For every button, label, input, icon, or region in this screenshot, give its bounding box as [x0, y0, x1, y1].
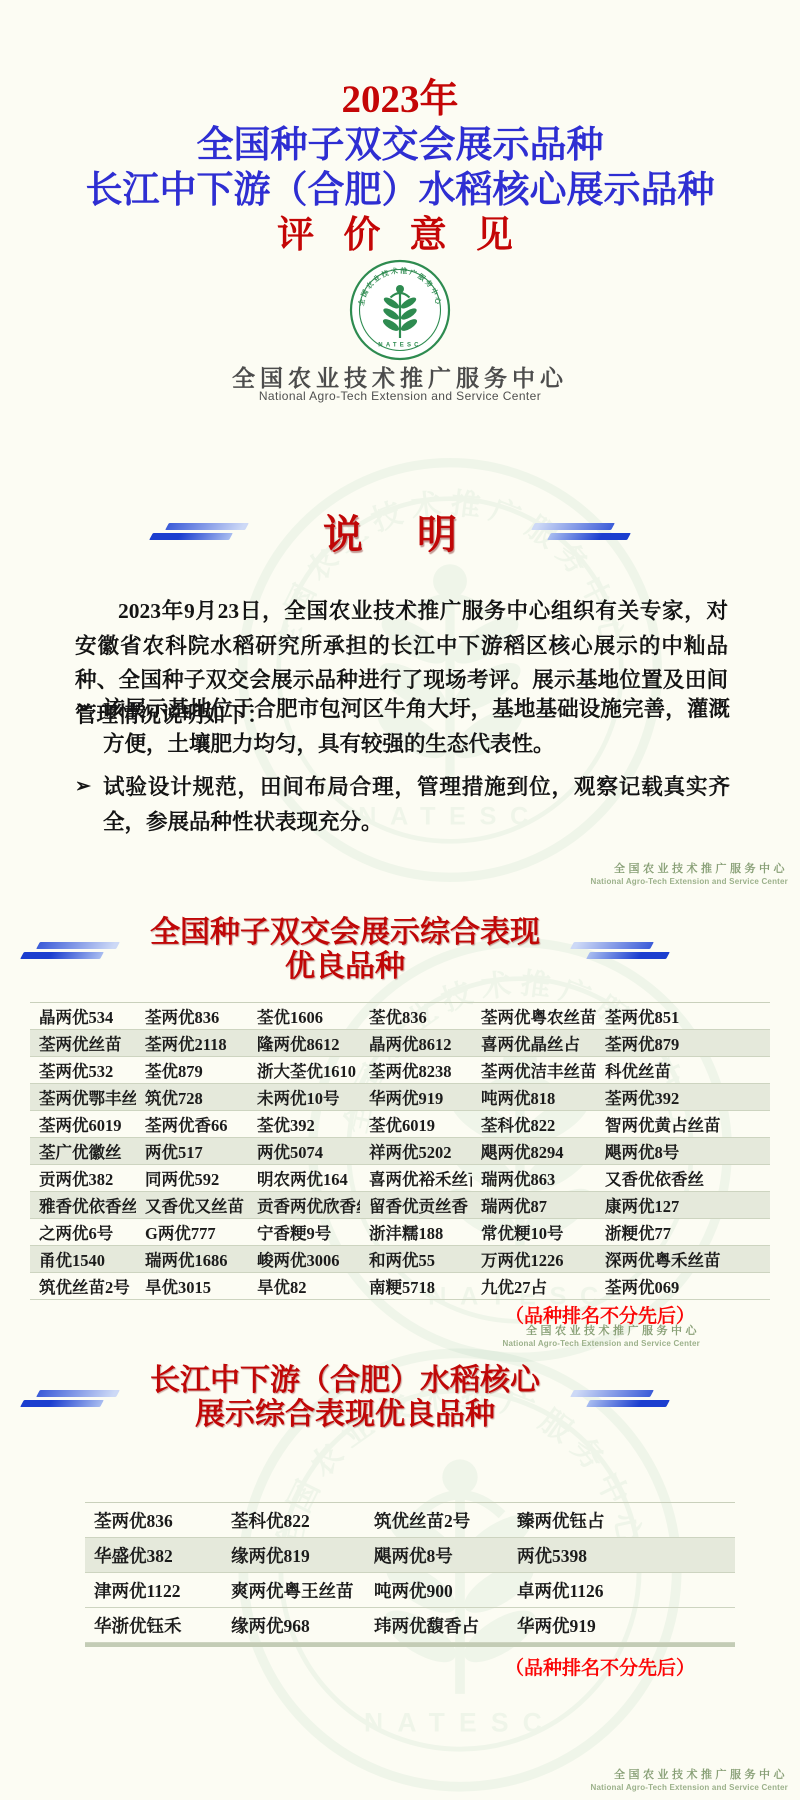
variety-name-cell: 又香优又丝苗	[136, 1193, 248, 1217]
variety-name-cell: 荃两优836	[136, 1004, 248, 1028]
variety-name-cell: 荃两优836	[85, 1508, 222, 1533]
variety-name-cell: 玮两优馥香占	[365, 1613, 508, 1638]
variety-name-cell: 筑优728	[136, 1085, 248, 1109]
heading-dash-left-icon	[22, 1390, 118, 1407]
variety-name-cell: 荃两优粤农丝苗	[472, 1004, 596, 1028]
table-row: 荃广优徽丝两优517两优5074祥两优5202飓两优8294飓两优8号	[30, 1138, 770, 1165]
variety-name-cell: 荃两优879	[596, 1031, 770, 1055]
heading-line-1: 长江中下游（合肥）水稻核心	[150, 1364, 540, 1398]
heading-dash-right-icon	[572, 942, 668, 959]
variety-name-cell: 华两优919	[508, 1613, 735, 1638]
ranking-note: （品种排名不分先后）	[0, 1653, 695, 1680]
footer-org-en: National Agro-Tech Extension and Service…	[503, 1339, 700, 1348]
variety-name-cell: 荃两优6019	[30, 1112, 136, 1136]
footer-org-en: National Agro-Tech Extension and Service…	[591, 1783, 788, 1792]
arrow-bullet-icon: ➢	[75, 770, 91, 805]
variety-name-cell: 缘两优968	[222, 1613, 365, 1638]
org-name-en: National Agro-Tech Extension and Service…	[0, 389, 800, 403]
variety-name-cell: 南粳5718	[360, 1274, 472, 1298]
core-table-heading: 长江中下游（合肥）水稻核心 展示综合表现优良品种	[150, 1364, 540, 1432]
variety-name-cell: 瑞两优1686	[136, 1247, 248, 1271]
variety-name-cell: 隆两优8612	[248, 1031, 360, 1055]
variety-name-cell: 臻两优钰占	[508, 1508, 735, 1533]
variety-name-cell: 两优5074	[248, 1139, 360, 1163]
variety-name-cell: 同两优592	[136, 1166, 248, 1190]
table-row: 筑优丝苗2号旱优3015旱优82南粳5718九优27占荃两优069	[30, 1273, 770, 1300]
variety-name-cell: 贡两优382	[30, 1166, 136, 1190]
variety-name-cell: 九优27占	[472, 1274, 596, 1298]
table-row: 荃两优532荃优879浙大荃优1610荃两优8238荃两优洁丰丝苗科优丝苗	[30, 1057, 770, 1084]
table-row: 晶两优534荃两优836荃优1606荃优836荃两优粤农丝苗荃两优851	[30, 1003, 770, 1030]
notes-bullet-list: ➢ 该展示基地位于合肥市包河区牛角大圩，基地基础设施完善，灌溉方便，土壤肥力均匀…	[75, 692, 730, 848]
variety-name-cell: 和两优55	[360, 1247, 472, 1271]
variety-name-cell: 浙沣糯188	[360, 1220, 472, 1244]
bullet-text: 该展示基地位于合肥市包河区牛角大圩，基地基础设施完善，灌溉方便，土壤肥力均匀，具…	[103, 697, 730, 756]
variety-name-cell: 喜两优晶丝占	[472, 1031, 596, 1055]
table-row: 雅香优依香丝又香优又丝苗贡香两优欣香丝留香优贡丝香瑞两优87康两优127	[30, 1192, 770, 1219]
variety-name-cell: 荃优6019	[360, 1112, 472, 1136]
heading-dash-left-icon	[22, 942, 118, 959]
variety-name-cell: 华两优919	[360, 1085, 472, 1109]
variety-name-cell: 雅香优依香丝	[30, 1193, 136, 1217]
variety-name-cell: 荃优1606	[248, 1004, 360, 1028]
section-heading-notes: 说 明	[0, 503, 780, 560]
section-heading-expo-table: 全国种子双交会展示综合表现 优良品种	[0, 916, 690, 984]
footer-org-en: National Agro-Tech Extension and Service…	[591, 877, 788, 886]
variety-name-cell: 荃两优851	[596, 1004, 770, 1028]
variety-name-cell: 祥两优5202	[360, 1139, 472, 1163]
natesc-logo-icon	[348, 258, 452, 362]
variety-name-cell: 荃两优洁丰丝苗	[472, 1058, 596, 1082]
table-row: 华浙优钰禾缘两优968玮两优馥香占华两优919	[85, 1608, 735, 1643]
variety-name-cell: 荃两优8238	[360, 1058, 472, 1082]
variety-name-cell: 荃两优392	[596, 1085, 770, 1109]
variety-name-cell: 智两优黄占丝苗	[596, 1112, 770, 1136]
section-footer: 全国农业技术推广服务中心 National Agro-Tech Extensio…	[503, 1322, 700, 1348]
variety-name-cell: 瑞两优87	[472, 1193, 596, 1217]
variety-name-cell: 飓两优8号	[365, 1543, 508, 1568]
section-footer: 全国农业技术推广服务中心 National Agro-Tech Extensio…	[591, 860, 788, 886]
section-heading-core-table: 长江中下游（合肥）水稻核心 展示综合表现优良品种	[0, 1364, 690, 1432]
title-line-region: 长江中下游（合肥）水稻核心展示品种	[0, 168, 800, 213]
expo-varieties-table: 晶两优534荃两优836荃优1606荃优836荃两优粤农丝苗荃两优851荃两优丝…	[30, 1002, 770, 1300]
heading-line-2: 优良品种	[150, 950, 540, 984]
heading-dash-left-icon	[151, 523, 247, 540]
variety-name-cell: 荃优836	[360, 1004, 472, 1028]
variety-name-cell: 甬优1540	[30, 1247, 136, 1271]
variety-name-cell: 津两优1122	[85, 1578, 222, 1603]
footer-org-cn: 全国农业技术推广服务中心	[591, 1766, 788, 1782]
variety-name-cell: 浙大荃优1610	[248, 1058, 360, 1082]
title-line-expo: 全国种子双交会展示品种	[0, 123, 800, 168]
variety-name-cell: 又香优依香丝	[596, 1166, 770, 1190]
variety-name-cell: 宁香粳9号	[248, 1220, 360, 1244]
variety-name-cell: 荃科优822	[222, 1508, 365, 1533]
variety-name-cell: 晶两优534	[30, 1004, 136, 1028]
bullet-item: ➢ 试验设计规范，田间布局合理，管理措施到位，观察记载真实齐全，参展品种性状表现…	[75, 770, 730, 839]
variety-name-cell: 康两优127	[596, 1193, 770, 1217]
variety-name-cell: 明农两优164	[248, 1166, 360, 1190]
variety-name-cell: 留香优贡丝香	[360, 1193, 472, 1217]
variety-name-cell: 荃两优香66	[136, 1112, 248, 1136]
variety-name-cell: 荃广优徽丝	[30, 1139, 136, 1163]
table-row: 华盛优382缘两优819飓两优8号两优5398	[85, 1538, 735, 1573]
variety-name-cell: 两优5398	[508, 1543, 735, 1568]
variety-name-cell: 万两优1226	[472, 1247, 596, 1271]
variety-name-cell: 旱优3015	[136, 1274, 248, 1298]
variety-name-cell: 爽两优粤王丝苗	[222, 1578, 365, 1603]
variety-name-cell: 荃两优丝苗	[30, 1031, 136, 1055]
variety-name-cell: 荃两优鄂丰丝苗	[30, 1085, 136, 1109]
variety-name-cell: 荃科优822	[472, 1112, 596, 1136]
variety-name-cell: 荃两优2118	[136, 1031, 248, 1055]
variety-name-cell: 荃两优532	[30, 1058, 136, 1082]
variety-name-cell: 两优517	[136, 1139, 248, 1163]
table-row: 津两优1122爽两优粤王丝苗吨两优900卓两优1126	[85, 1573, 735, 1608]
variety-name-cell: 瑞两优863	[472, 1166, 596, 1190]
variety-name-cell: 旱优82	[248, 1274, 360, 1298]
variety-name-cell: 吨两优818	[472, 1085, 596, 1109]
table-row: 之两优6号G两优777宁香粳9号浙沣糯188常优粳10号浙粳优77	[30, 1219, 770, 1246]
variety-name-cell: 筑优丝苗2号	[365, 1508, 508, 1533]
heading-line-2: 展示综合表现优良品种	[150, 1398, 540, 1432]
arrow-bullet-icon: ➢	[75, 692, 91, 727]
document-page: 2023年 全国种子双交会展示品种 长江中下游（合肥）水稻核心展示品种 评 价 …	[0, 0, 800, 1800]
variety-name-cell: 贡香两优欣香丝	[248, 1193, 360, 1217]
table-row: 荃两优丝苗荃两优2118隆两优8612晶两优8612喜两优晶丝占荃两优879	[30, 1030, 770, 1057]
title-line-opinion: 评 价 意 见	[0, 213, 800, 259]
variety-name-cell: 飓两优8号	[596, 1139, 770, 1163]
variety-name-cell: 科优丝苗	[596, 1058, 770, 1082]
variety-name-cell: 飓两优8294	[472, 1139, 596, 1163]
bullet-text: 试验设计规范，田间布局合理，管理措施到位，观察记载真实齐全，参展品种性状表现充分…	[103, 775, 730, 834]
variety-name-cell: 喜两优裕禾丝苗	[360, 1166, 472, 1190]
variety-name-cell: 常优粳10号	[472, 1220, 596, 1244]
table-row: 荃两优6019荃两优香66荃优392荃优6019荃科优822智两优黄占丝苗	[30, 1111, 770, 1138]
variety-name-cell: 荃优392	[248, 1112, 360, 1136]
bullet-item: ➢ 该展示基地位于合肥市包河区牛角大圩，基地基础设施完善，灌溉方便，土壤肥力均匀…	[75, 692, 730, 761]
variety-name-cell: 华浙优钰禾	[85, 1613, 222, 1638]
heading-line-1: 全国种子双交会展示综合表现	[150, 916, 540, 950]
variety-name-cell: 峻两优3006	[248, 1247, 360, 1271]
title-year: 2023年	[0, 76, 800, 123]
variety-name-cell: 卓两优1126	[508, 1578, 735, 1603]
footer-org-cn: 全国农业技术推广服务中心	[591, 860, 788, 876]
title-block: 2023年 全国种子双交会展示品种 长江中下游（合肥）水稻核心展示品种 评 价 …	[0, 76, 800, 259]
heading-dash-right-icon	[572, 1390, 668, 1407]
variety-name-cell: 荃两优069	[596, 1274, 770, 1298]
variety-name-cell: 华盛优382	[85, 1543, 222, 1568]
section-footer: 全国农业技术推广服务中心 National Agro-Tech Extensio…	[591, 1766, 788, 1792]
table-row: 甬优1540瑞两优1686峻两优3006和两优55万两优1226深两优粤禾丝苗	[30, 1246, 770, 1273]
footer-org-cn: 全国农业技术推广服务中心	[503, 1322, 700, 1338]
variety-name-cell: 吨两优900	[365, 1578, 508, 1603]
variety-name-cell: 未两优10号	[248, 1085, 360, 1109]
table-row: 荃两优鄂丰丝苗筑优728未两优10号华两优919吨两优818荃两优392	[30, 1084, 770, 1111]
variety-name-cell: 晶两优8612	[360, 1031, 472, 1055]
variety-name-cell: 缘两优819	[222, 1543, 365, 1568]
variety-name-cell: 浙粳优77	[596, 1220, 770, 1244]
notes-heading-text: 说 明	[301, 503, 479, 560]
table-row: 贡两优382同两优592明农两优164喜两优裕禾丝苗瑞两优863又香优依香丝	[30, 1165, 770, 1192]
heading-dash-right-icon	[533, 523, 629, 540]
core-varieties-table: 荃两优836荃科优822筑优丝苗2号臻两优钰占华盛优382缘两优819飓两优8号…	[85, 1502, 735, 1647]
variety-name-cell: 筑优丝苗2号	[30, 1274, 136, 1298]
variety-name-cell: 荃优879	[136, 1058, 248, 1082]
table-row: 荃两优836荃科优822筑优丝苗2号臻两优钰占	[85, 1503, 735, 1538]
expo-table-heading: 全国种子双交会展示综合表现 优良品种	[150, 916, 540, 984]
variety-name-cell: 之两优6号	[30, 1220, 136, 1244]
variety-name-cell: G两优777	[136, 1220, 248, 1244]
variety-name-cell: 深两优粤禾丝苗	[596, 1247, 770, 1271]
